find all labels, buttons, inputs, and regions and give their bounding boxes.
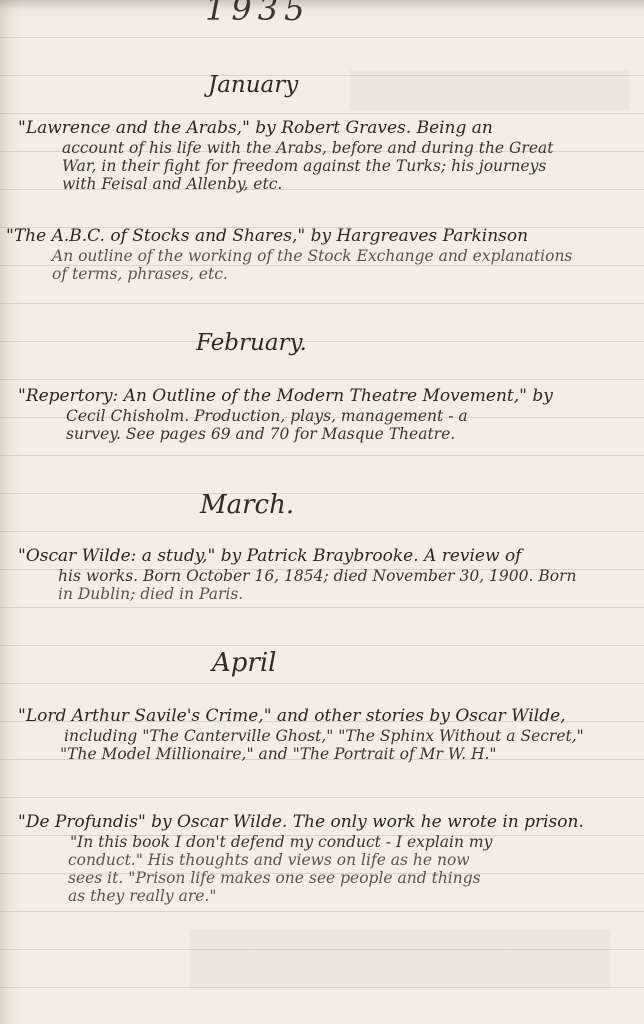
entry-note-line: his works. Born October 16, 1854; died N… <box>18 567 640 585</box>
entry-title-line: "Repertory: An Outline of the Modern The… <box>18 386 640 407</box>
page-year: 1935 <box>205 0 310 28</box>
reading-entry: "Lord Arthur Savile's Crime," and other … <box>18 706 640 763</box>
entry-note-line: sees it. "Prison life makes one see peop… <box>18 869 640 887</box>
reading-entry: "The A.B.C. of Stocks and Shares," by Ha… <box>6 226 640 283</box>
entry-note-line: including "The Canterville Ghost," "The … <box>18 727 640 745</box>
month-heading-february: February. <box>196 330 307 356</box>
entry-title-line: "Lord Arthur Savile's Crime," and other … <box>18 706 640 727</box>
entry-note-line: conduct." His thoughts and views on life… <box>18 851 640 869</box>
entry-note-line: "The Model Millionaire," and "The Portra… <box>18 745 640 763</box>
entry-title-line: "Oscar Wilde: a study," by Patrick Brayb… <box>18 546 640 567</box>
reading-entry: "Lawrence and the Arabs," by Robert Grav… <box>18 118 640 193</box>
entry-note-line: account of his life with the Arabs, befo… <box>18 139 640 157</box>
entry-title-line: "De Profundis" by Oscar Wilde. The only … <box>18 812 640 833</box>
bleed-through-text <box>190 930 610 990</box>
month-heading-march: March. <box>200 490 294 520</box>
reading-entry: "Oscar Wilde: a study," by Patrick Brayb… <box>18 546 640 603</box>
entry-note-line: An outline of the working of the Stock E… <box>6 247 640 265</box>
entry-note-line: "In this book I don't defend my conduct … <box>18 833 640 851</box>
entry-note-line: of terms, phrases, etc. <box>6 265 640 283</box>
entry-note-line: with Feisal and Allenby, etc. <box>18 175 640 193</box>
entry-note-line: Cecil Chisholm. Production, plays, manag… <box>18 407 640 425</box>
reading-entry: "De Profundis" by Oscar Wilde. The only … <box>18 812 640 905</box>
month-heading-january: January <box>208 72 298 98</box>
notebook-page: 1935 January "Lawrence and the Arabs," b… <box>0 0 644 1024</box>
entry-note-line: as they really are." <box>18 887 640 905</box>
entry-note-line: War, in their fight for freedom against … <box>18 157 640 175</box>
entry-note-line: survey. See pages 69 and 70 for Masque T… <box>18 425 640 443</box>
month-heading-april: April <box>212 648 276 678</box>
entry-title-line: "The A.B.C. of Stocks and Shares," by Ha… <box>6 226 640 247</box>
reading-entry: "Repertory: An Outline of the Modern The… <box>18 386 640 443</box>
bleed-through-text <box>350 70 630 110</box>
entry-title-line: "Lawrence and the Arabs," by Robert Grav… <box>18 118 640 139</box>
entry-note-line: in Dublin; died in Paris. <box>18 585 640 603</box>
